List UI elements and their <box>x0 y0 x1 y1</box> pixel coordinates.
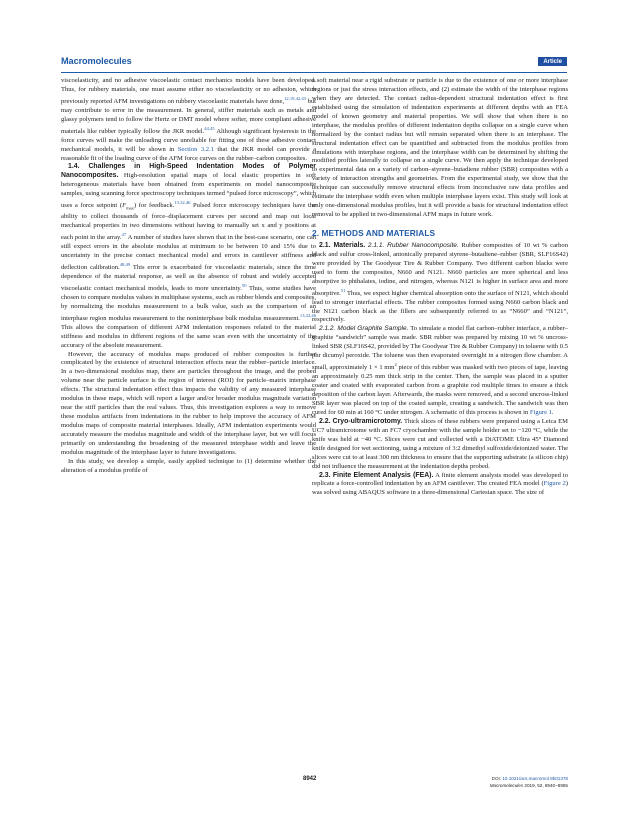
citation-details: 2019, 52, 8940−8955 <box>523 783 568 788</box>
citation-ref[interactable]: 48,49 <box>120 262 130 267</box>
text: Thus, we expect higher chemical absorpti… <box>312 290 568 324</box>
text: viscoelasticity, and no adhesive viscoel… <box>61 77 316 105</box>
figure-link[interactable]: Figure 1 <box>530 409 552 416</box>
subsection-heading: 2.1. Materials. <box>319 242 365 249</box>
citation-ref[interactable]: 44,45 <box>204 126 214 131</box>
citation-journal: Macromolecules <box>490 783 523 788</box>
text: Thick slices of these rubbers were prepa… <box>312 418 568 470</box>
text: . <box>552 409 554 416</box>
section-link[interactable]: Section 3.2.1 <box>178 146 214 153</box>
doi-label: DOI: <box>492 776 503 781</box>
journal-name: Macromolecules <box>61 56 132 66</box>
text: Rubber composites of 10 wt % carbon blac… <box>312 242 568 297</box>
paragraph: a soft material near a rigid substrate o… <box>312 77 568 220</box>
subsection-heading: 2.3. Finite Element Analysis (FEA). <box>319 472 433 479</box>
figure-link[interactable]: Figure 2 <box>544 480 566 487</box>
text: ) for feedback. <box>134 202 174 209</box>
subsubsection-heading: 2.1.2. Model Graphite Sample. <box>319 325 408 332</box>
journal-header: Macromolecules Article <box>61 51 567 73</box>
left-column: viscoelasticity, and no adhesive viscoel… <box>61 77 316 476</box>
doi-link[interactable]: 10.1021/acs.macromol.9b01378 <box>502 776 568 781</box>
paragraph: 2.2. Cryo-ultramicrotomy. Thick slices o… <box>312 418 568 472</box>
paragraph: 1.4. Challenges in High-Speed Indentatio… <box>61 163 316 350</box>
symbol-subscript: max <box>126 205 134 210</box>
article-type-badge: Article <box>538 57 567 66</box>
page-number: 8942 <box>303 776 316 782</box>
footer-citation: DOI: 10.1021/acs.macromol.9b01378 Macrom… <box>490 776 568 789</box>
subsubsection-heading: 2.1.1. Rubber Nanocomposite. <box>368 242 459 249</box>
subsection-heading: 2.2. Cryo-ultramicrotomy. <box>319 418 402 425</box>
paragraph: In this study, we develop a simple, easi… <box>61 458 316 476</box>
citation-ref[interactable]: 13,32,46 <box>174 200 190 205</box>
paragraph: 2.3. Finite Element Analysis (FEA). A fi… <box>312 472 568 499</box>
paragraph: However, the accuracy of modulus maps pr… <box>61 351 316 458</box>
section-heading: 2. METHODS AND MATERIALS <box>312 229 568 238</box>
paragraph: viscoelasticity, and no adhesive viscoel… <box>61 77 316 163</box>
right-column: a soft material near a rigid substrate o… <box>312 77 568 498</box>
paragraph: 2.1. Materials. 2.1.1. Rubber Nanocompos… <box>312 242 568 325</box>
paragraph: 2.1.2. Model Graphite Sample. To simulat… <box>312 325 568 418</box>
citation-ref[interactable]: 12,19,42,43 <box>284 96 306 101</box>
text: This allows the comparison of different … <box>61 324 316 349</box>
